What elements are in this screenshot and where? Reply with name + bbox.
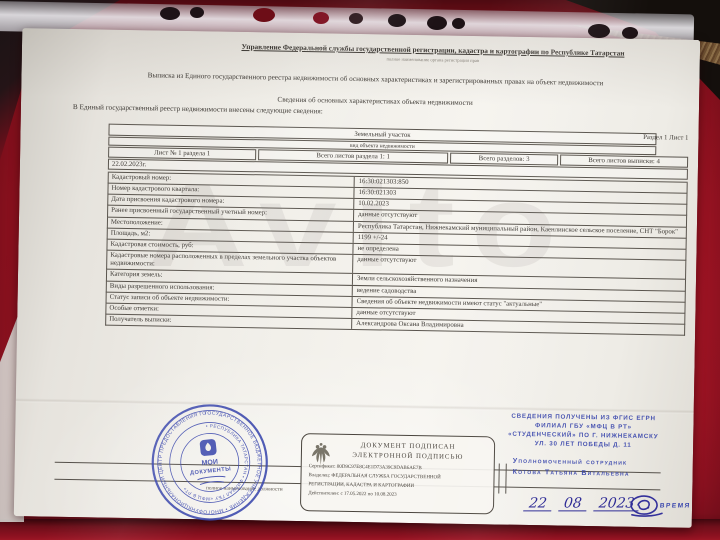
document-paper: Управление Федеральной службы государств… xyxy=(14,28,700,528)
esign-validity: Действителен: с 17.05.2022 по 10.08.2023 xyxy=(308,491,486,501)
esign-certificate: Сертификат: 00D9C97E8C4E1D73A39C9DAB6AE7… xyxy=(309,464,487,474)
esign-owner-line1: Владелец: ФЕДЕРАЛЬНАЯ СЛУЖБА ГОСУДАРСТВЕ… xyxy=(308,473,486,483)
punch-hole xyxy=(452,18,465,29)
punch-hole xyxy=(388,14,406,27)
extract-title: Выписка из Единого государственного реес… xyxy=(57,70,693,89)
coat-of-arms-icon xyxy=(310,441,332,467)
intro-line: В Единый государственный реестр недвижим… xyxy=(73,103,323,115)
sections-total-cell: Всего разделов: 3 xyxy=(450,153,558,166)
mfc-stamp-center-line1: МОИ xyxy=(201,459,218,468)
punch-hole xyxy=(313,12,329,24)
punch-hole xyxy=(427,16,447,30)
punch-hole xyxy=(190,7,204,18)
punch-hole xyxy=(253,8,275,22)
officer-name: Котова Татьяна Витальевна xyxy=(513,467,630,480)
punch-hole xyxy=(622,27,638,39)
authorized-officer-stamp: Уполномоченный сотрудник Котова Татьяна … xyxy=(513,456,630,480)
time-stamp-label: ВРЕМЯ xyxy=(659,502,691,511)
esign-owner-line2: РЕГИСТРАЦИИ, КАДАСТРА И КАРТОГРАФИИ xyxy=(308,482,486,492)
handwritten-year: 2023 xyxy=(593,496,640,511)
esign-title-line2: ЭЛЕКТРОННОЙ ПОДПИСЬЮ xyxy=(329,450,487,463)
handwritten-day: 22 xyxy=(523,496,552,511)
punch-hole xyxy=(349,13,363,24)
paper-crease xyxy=(16,398,694,414)
handwritten-month: 08 xyxy=(558,496,587,511)
mfc-logo-icon xyxy=(199,439,217,457)
extract-sheets-total-cell: Всего листов выписки: 4 xyxy=(560,155,688,168)
handwritten-date: 22 08 2023 . ВРЕМЯ xyxy=(523,496,692,511)
punch-hole xyxy=(160,7,180,20)
electronic-signature-stamp: ДОКУМЕНТ ПОДПИСАН ЭЛЕКТРОННОЙ ПОДПИСЬЮ С… xyxy=(300,433,495,514)
form-column-ticks xyxy=(498,464,507,494)
section-sheet-label: Раздел 1 Лист 1 xyxy=(643,134,688,143)
photo-scene: Управление Федеральной службы государств… xyxy=(0,0,720,540)
mfc-stamp-center-line2: ДОКУМЕНТЫ xyxy=(190,466,232,476)
handwritten-dot: . xyxy=(646,497,652,511)
table-rows: Кадастровый номер:16:30:021303:850 Номер… xyxy=(105,172,688,336)
received-from-fgis-stamp: СВЕДЕНИЯ ПОЛУЧЕНЫ ИЗ ФГИС ЕГРН ФИЛИАЛ ГБ… xyxy=(467,412,700,452)
mfc-round-stamp: ГОСУДАРСТВЕННОЕ БЮДЖЕТНОЕ УЧРЕЖДЕНИЕ • М… xyxy=(143,395,277,529)
punch-hole xyxy=(588,24,610,38)
property-table: Раздел 1 Лист 1 Земельный участок вид об… xyxy=(105,124,688,336)
